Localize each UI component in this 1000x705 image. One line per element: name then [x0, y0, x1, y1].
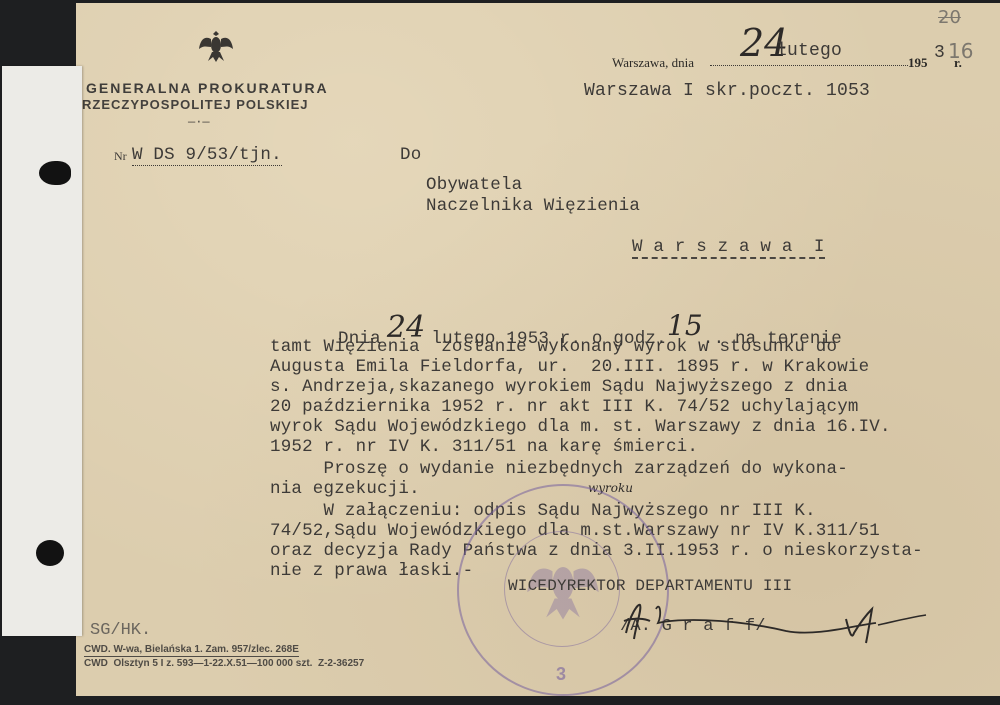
body-line: Augusta Emila Fieldorfa, ur. 20.III. 189…	[270, 357, 869, 377]
body-line: nia egzekucji.	[270, 479, 420, 499]
recipient-line2: Naczelnika Więzienia	[426, 196, 640, 216]
typist-initials: SG/HK.	[90, 621, 151, 640]
document-page: GENERALNA PROKURATURA RZECZYPOSPOLITEJ P…	[76, 3, 1000, 696]
print-info-line1: CWD. W-wa, Bielańska 1. Zam. 957/zlec. 2…	[84, 644, 299, 657]
polish-eagle-icon	[196, 27, 236, 67]
letterhead-separator: —·—	[188, 115, 210, 129]
institution-name-line2: RZECZYPOSPOLITEJ POLSKIEJ	[82, 97, 309, 112]
year-prefix: 195	[908, 55, 928, 71]
to-label: Do	[400, 145, 421, 165]
punch-hole	[39, 161, 71, 185]
dateline-city: Warszawa, dnia	[612, 55, 694, 71]
body-line: s. Andrzeja,skazanego wyrokiem Sądu Najw…	[270, 377, 848, 397]
print-info-line2: CWD Olsztyn 5 I z. 593—1-22.X.51—100 000…	[84, 658, 364, 669]
year-handwritten: 3	[934, 43, 945, 63]
body-line: tamt Więzienia zostanie wykonany wyrok w…	[270, 337, 837, 357]
body-line: Proszę o wydanie niezbędnych zarządzeń d…	[270, 459, 848, 479]
signature-title: WICEDYREKTOR DEPARTAMENTU III	[508, 577, 792, 595]
pencil-mark-page-number: 16	[948, 39, 973, 63]
reference-label: Nr	[114, 149, 127, 164]
binder-strip	[2, 66, 82, 636]
stamp-number: 3	[556, 664, 566, 685]
recipient-city: W a r s z a w a I	[632, 237, 825, 259]
body-line: 20 października 1952 r. nr akt III K. 74…	[270, 397, 859, 417]
handwritten-signature	[616, 595, 936, 645]
pencil-mark-top: 20	[938, 7, 961, 28]
date-dotted-line	[710, 65, 908, 66]
body-line: nie z prawa łaski.-	[270, 561, 473, 581]
body-line: 1952 r. nr IV K. 311/51 na karę śmierci.	[270, 437, 698, 457]
body-line: wyrok Sądu Wojewódzkiego dla m. st. Wars…	[270, 417, 891, 437]
institution-name: GENERALNA PROKURATURA	[86, 80, 329, 96]
postal-address: Warszawa I skr.poczt. 1053	[584, 81, 870, 101]
recipient-line1: Obywatela	[426, 175, 522, 195]
reference-number: W DS 9/53/tjn.	[132, 145, 282, 166]
punch-hole	[36, 540, 64, 566]
month-typed: lutego	[776, 41, 842, 61]
